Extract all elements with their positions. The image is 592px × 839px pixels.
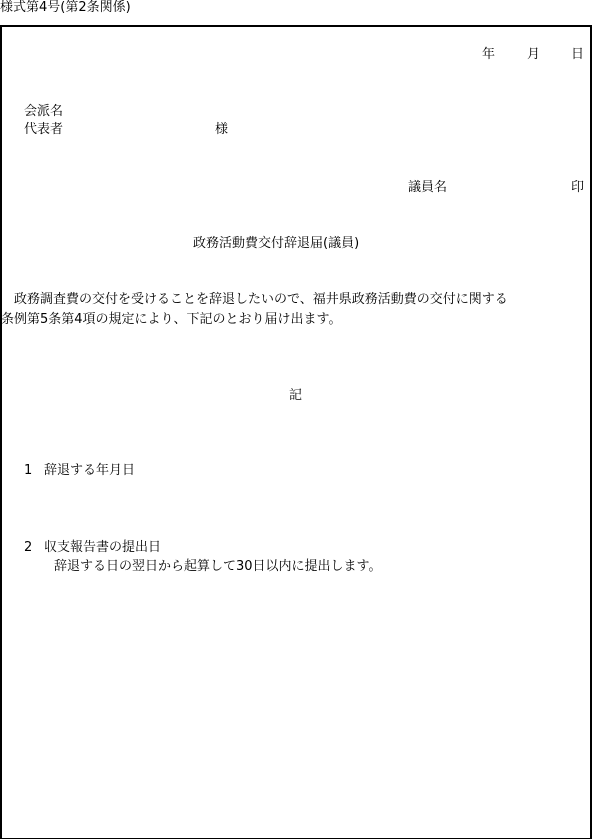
item-2-detail: 辞退する日の翌日から起算して30日以内に提出します。 — [54, 559, 382, 574]
form-number-label: 様式第4号(第2条関係) — [0, 0, 131, 15]
faction-name-label: 会派名 — [24, 104, 63, 119]
date-year: 年 — [482, 47, 495, 62]
ki-heading: 記 — [289, 388, 302, 403]
body-line-1: 政務調査費の交付を受けることを辞退したいので、福井県政務活動費の交付に関する — [1, 292, 508, 307]
honorific-sama: 様 — [215, 122, 228, 137]
date-day: 日 — [571, 47, 584, 62]
representative-label: 代表者 — [24, 122, 63, 137]
item-2-number: 2 — [24, 540, 32, 555]
date-month: 月 — [527, 47, 540, 62]
item-1-label: 辞退する年月日 — [44, 463, 135, 478]
item-2-label: 収支報告書の提出日 — [44, 540, 161, 555]
seal-mark: 印 — [571, 180, 584, 195]
form-frame — [0, 25, 592, 839]
member-name-label: 議員名 — [408, 180, 447, 195]
body-line-2: 条例第5条第4項の規定により、下記のとおり届け出ます。 — [1, 312, 342, 327]
document-title: 政務活動費交付辞退届(議員) — [193, 236, 359, 251]
item-1-number: 1 — [24, 463, 32, 478]
